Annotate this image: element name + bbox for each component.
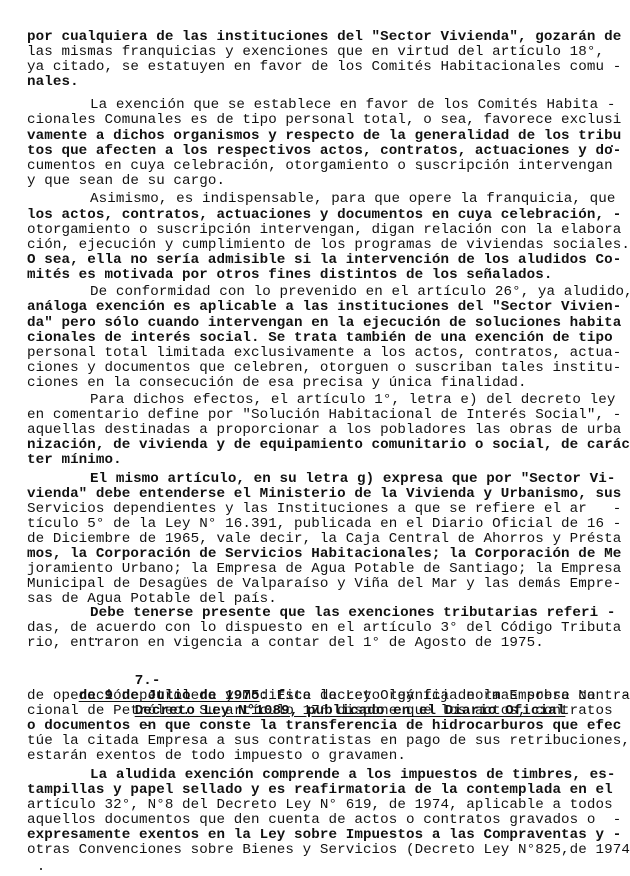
text-line: ya citado, se estatuyen en favor de los … [27,60,621,75]
text-line: Municipal de Desagües de Valparaíso y Vi… [27,577,621,592]
text-line: La aludida exención comprende a los impu… [90,768,615,783]
text-line: ción, ejecución y cumplimiento de los pr… [27,238,630,253]
scan-speck [611,145,613,147]
text-line: artículo 32°, N°8 del Decreto Ley N° 619… [27,798,613,813]
text-line: das, de acuerdo con lo dispuesto en el a… [27,621,621,636]
text-line: De conformidad con lo prevenido en el ar… [90,285,630,300]
text-line: y que sean de su cargo. [27,174,225,189]
text-line: tos que afecten a los respectivos actos,… [27,144,621,159]
text-line: otorgamiento o suscripción intervengan, … [27,223,621,238]
text-line: túe la citada Empresa a sus contratistas… [27,734,630,749]
text-line: o documentos en que conste la transferen… [27,719,621,734]
text-line: los actos, contratos, actuaciones y docu… [27,208,621,223]
text-line: aquellos documentos que den cuenta de ac… [27,813,621,828]
text-line: de operación petrolera y modifica la Ley… [27,689,630,704]
text-line: O sea, ella no sería admisible si la int… [27,253,621,268]
text-line: aquellas destinadas a proporcionar a los… [27,423,621,438]
text-line: ter mínimo. [27,453,122,468]
scan-speck [420,168,422,170]
text-line: las mismas franquicias y exenciones que … [27,45,604,60]
text-line: mités es motivada por otros fines distin… [27,268,552,283]
text-line: expresamente exentos en la Ley sobre Imp… [27,828,621,843]
scan-speck [95,638,97,640]
text-line: estarán exentos de todo impuesto o grava… [27,749,406,764]
text-line: joramiento Urbano; la Empresa de Agua Po… [27,562,621,577]
text-line: análoga exención es aplicable a las inst… [27,300,621,315]
text-line: nales. [27,75,79,90]
text-line: Servicios dependientes y las Institucion… [27,502,621,517]
text-line: La exención que se establece en favor de… [90,98,615,113]
text-line: Asimismo, es indispensable, para que ope… [90,192,615,207]
text-line: personal total limitada exclusivamente a… [27,346,621,361]
text-line: vienda" debe entenderse el Ministerio de… [27,487,621,502]
text-line: cionales de interés social. Se trata tam… [27,331,613,346]
text-line: Para dichos efectos, el artículo 1°, let… [90,393,615,408]
text-line: da" pero sólo cuando intervengan en la e… [27,316,621,331]
scanned-document-page: por cualquiera de las instituciones del … [0,0,630,876]
text-line: Debe tenerse presente que las exenciones… [90,606,615,621]
text-line: mos, la Corporación de Servicios Habitac… [27,547,621,562]
text-line: por cualquiera de las instituciones del … [27,30,621,45]
text-line: de Diciembre de 1965, vale decir, la Caj… [27,532,621,547]
text-line: otras Convenciones sobre Bienes y Servic… [27,843,630,858]
text-line: ciones en la consecución de esa precisa … [27,376,527,391]
text-line: rio, entraron en vigencia a contar del 1… [27,636,544,651]
text-line: cional de Petróleo. Su artículo 17° disp… [27,704,613,719]
text-line: vamente a dichos organismos y respecto d… [27,129,621,144]
text-line: cumentos en cuya celebración, otorgamien… [27,159,613,174]
text-line: tampillas y papel sellado y es reafirmat… [27,783,613,798]
scan-speck [40,868,42,870]
text-line: ciones y documentos que celebren, otorgu… [27,361,621,376]
text-line: El mismo artículo, en su letra g) expres… [90,472,615,487]
text-line: nización, de vivienda y de equipamiento … [27,438,630,453]
text-line: en comentario define por "Solución Habit… [27,408,621,423]
text-line: cionales Comunales es de tipo personal t… [27,113,621,128]
text-line: tículo 5° de la Ley N° 16.391, publicada… [27,517,621,532]
